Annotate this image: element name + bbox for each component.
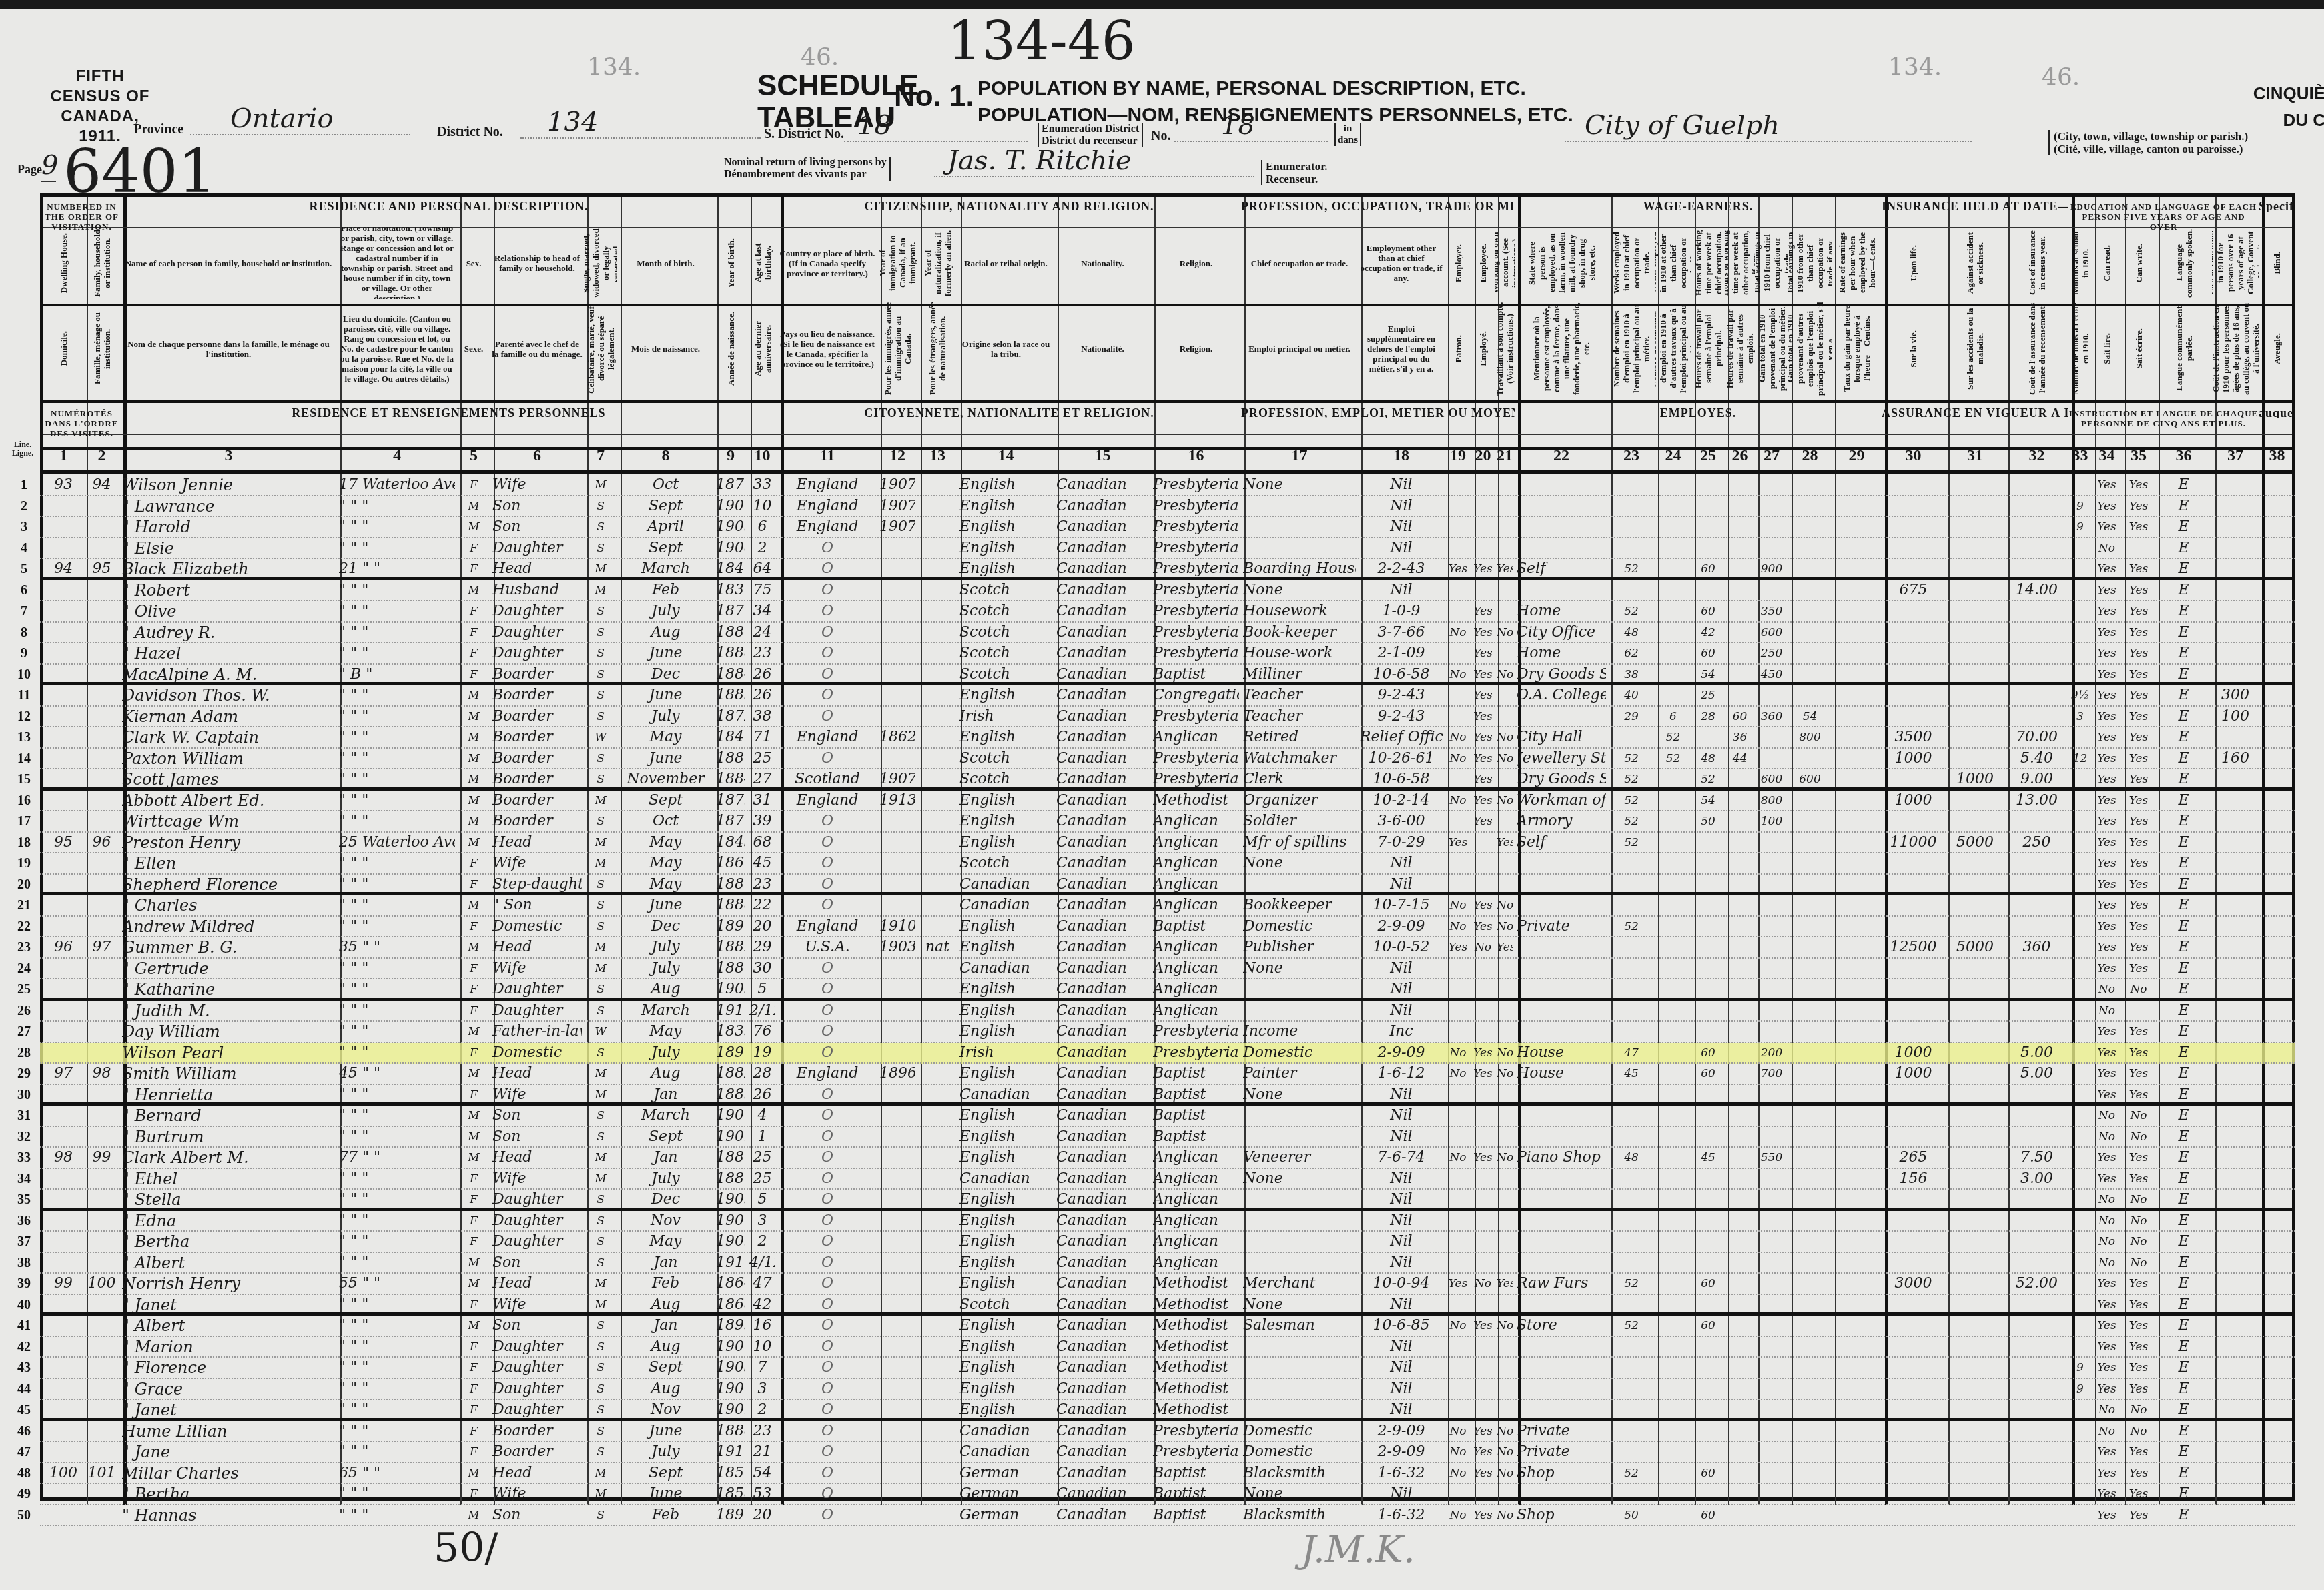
cell-name: Shepherd Florence bbox=[122, 875, 335, 893]
cell-sex: M bbox=[459, 1505, 488, 1525]
cell-earn: 450 bbox=[1757, 665, 1786, 683]
cell-month: June bbox=[619, 1421, 712, 1441]
cell-ins_life: 12500 bbox=[1884, 937, 1943, 957]
column-number-23: 23 bbox=[1608, 444, 1655, 468]
cell-occ bbox=[1243, 1253, 1356, 1273]
cell-birth: O bbox=[779, 665, 875, 683]
cell-write: Yes bbox=[2124, 853, 2153, 873]
cell-wk: 52 bbox=[1610, 811, 1653, 831]
cell-read: Yes bbox=[2094, 727, 2120, 747]
table-row[interactable]: Paxton William" " "MBoarderSJune188625OS… bbox=[40, 749, 2295, 770]
cell-read: Yes bbox=[2094, 1484, 2120, 1504]
cell-ms: S bbox=[586, 1190, 615, 1208]
table-row[interactable]: 100101Millar Charles65 " "MHeadMSept1857… bbox=[40, 1463, 2295, 1485]
cell-occ2: 7-0-29 bbox=[1360, 833, 1443, 853]
cell-rel2: Baptist bbox=[1153, 1463, 1239, 1483]
column-number-9: 9 bbox=[714, 444, 747, 468]
cell-blind bbox=[2261, 1337, 2293, 1357]
table-row[interactable]: Abbott Albert Ed." " "MBoarderMSept18793… bbox=[40, 791, 2295, 812]
cell-hr bbox=[1693, 959, 1723, 979]
column-header-30-fr: Sur la vie. bbox=[1882, 300, 1945, 397]
cell-earn bbox=[1757, 727, 1786, 747]
cell-write: No bbox=[2124, 1190, 2153, 1208]
table-row[interactable]: " Lawrance" " "MSonSSept190010England190… bbox=[40, 496, 2295, 518]
cell-school bbox=[2070, 1085, 2090, 1103]
cell-rel2: Methodist bbox=[1153, 791, 1239, 811]
cell-earn: 800 bbox=[1757, 791, 1786, 811]
table-row[interactable]: " Gertrude" " "FWifeMJuly188030OCanadian… bbox=[40, 959, 2295, 980]
cell-ins_life bbox=[1884, 623, 1943, 643]
table-row[interactable]: " Edna" " "FDaughterSNov19073OEnglishCan… bbox=[40, 1211, 2295, 1232]
cell-hr bbox=[1693, 1400, 1723, 1418]
column-header-38-en-text: Blind. bbox=[2272, 252, 2282, 274]
cell-e21: Yes bbox=[1497, 1274, 1513, 1294]
cell-dw bbox=[45, 643, 81, 663]
cell-earn2 bbox=[1790, 1169, 1830, 1189]
cell-occ: None bbox=[1243, 1295, 1356, 1313]
cell-school bbox=[2070, 1043, 2090, 1063]
cell-wk bbox=[1610, 1253, 1653, 1273]
cell-ins_acc bbox=[1947, 1064, 2003, 1084]
cell-rel2: Anglican bbox=[1153, 1211, 1239, 1231]
line-number: 4 bbox=[9, 538, 39, 558]
cell-e20 bbox=[1473, 1022, 1493, 1042]
cell-rel2: Baptist bbox=[1153, 1064, 1239, 1084]
cell-rate bbox=[1834, 1358, 1880, 1378]
column-header-21-en-text: Working on own account. (See instruction… bbox=[1495, 228, 1515, 298]
line-number: 35 bbox=[9, 1190, 39, 1210]
cell-earn2 bbox=[1790, 1421, 1830, 1441]
cell-hr2 bbox=[1727, 623, 1753, 643]
column-header-25-fr-text: Heures de travail par semaine à l'emploi… bbox=[1693, 302, 1723, 396]
cell-rate bbox=[1834, 1001, 1880, 1021]
cell-ins_acc bbox=[1947, 1337, 2003, 1357]
cell-ms: M bbox=[586, 937, 615, 957]
table-row[interactable]: " Stella" " "FDaughterSDec19055OEnglishC… bbox=[40, 1190, 2295, 1211]
cell-school bbox=[2070, 1442, 2090, 1462]
cell-occ: None bbox=[1243, 959, 1356, 979]
cell-blind bbox=[2261, 1169, 2293, 1189]
line-number: 33 bbox=[9, 1148, 39, 1168]
cell-wk2 bbox=[1657, 1484, 1689, 1504]
table-row[interactable]: " Bernard" " "MSonSMarch19074OEnglishCan… bbox=[40, 1106, 2295, 1127]
cell-ms: M bbox=[586, 1085, 615, 1103]
cell-e19: No bbox=[1447, 1148, 1469, 1168]
column-header-32-en-text: Cost of insurance in census year. bbox=[2027, 228, 2047, 298]
line-number: 36 bbox=[9, 1211, 39, 1231]
cell-read: No bbox=[2094, 1232, 2120, 1252]
cell-rel: Daughter bbox=[492, 643, 582, 663]
cell-nation: Canadian bbox=[1056, 1421, 1149, 1441]
table-row[interactable]: 99100Norrish Henry55 " "MHeadMFeb186447O… bbox=[40, 1274, 2295, 1295]
column-header-17-en-text: Chief occupation or trade. bbox=[1251, 258, 1348, 268]
cell-lang: E bbox=[2157, 749, 2210, 769]
column-number-22: 22 bbox=[1515, 444, 1608, 468]
cell-edu_cost bbox=[2214, 1484, 2257, 1504]
cell-occ2: Nil bbox=[1360, 1127, 1443, 1147]
cell-age: 1 bbox=[749, 1127, 775, 1147]
cell-wk: 52 bbox=[1610, 559, 1653, 577]
cell-wk bbox=[1610, 1085, 1653, 1103]
cell-fam: 98 bbox=[85, 1064, 118, 1084]
column-header-2-en: Family, household or institution. bbox=[83, 227, 120, 299]
cell-ins_acc bbox=[1947, 1463, 2003, 1483]
cell-school bbox=[2070, 853, 2090, 873]
cell-year: 1858 bbox=[716, 1484, 745, 1504]
cell-birth: England bbox=[779, 475, 875, 495]
cell-birth: O bbox=[779, 707, 875, 727]
cell-hr2 bbox=[1727, 769, 1753, 787]
table-row[interactable]: 9697Gummer B. G.35 " "MHeadMJuly188229U.… bbox=[40, 937, 2295, 959]
table-row[interactable]: Day William" " "MFather-in-lawWMay183576… bbox=[40, 1022, 2295, 1043]
cell-rel: Head bbox=[492, 1148, 582, 1168]
cell-school: 9 bbox=[2070, 496, 2090, 516]
cell-e19: No bbox=[1447, 727, 1469, 747]
cell-ms: S bbox=[586, 1337, 615, 1357]
table-row[interactable]: " Bertha" " "FDaughterSMay19092OEnglishC… bbox=[40, 1232, 2295, 1253]
cell-e20: Yes bbox=[1473, 811, 1493, 831]
cell-hr bbox=[1693, 833, 1723, 853]
cell-e21 bbox=[1497, 769, 1513, 787]
cell-nat bbox=[919, 1274, 955, 1294]
cell-e20 bbox=[1473, 1106, 1493, 1126]
cell-ins_cost: 9.00 bbox=[2007, 769, 2066, 787]
column-number-26: 26 bbox=[1725, 444, 1755, 468]
cell-earn2 bbox=[1790, 496, 1830, 516]
cell-origin: English bbox=[959, 937, 1052, 957]
table-row[interactable]: Hume Lillian" " "FBoarderSJune188823OCan… bbox=[40, 1421, 2295, 1443]
cell-month: Aug bbox=[619, 623, 712, 643]
cell-where bbox=[1517, 475, 1606, 495]
table-row[interactable]: " Burtrum" " "MSonSSept19091OEnglishCana… bbox=[40, 1127, 2295, 1148]
table-row[interactable]: " Judith M." " "FDaughterSMarch19112/12O… bbox=[40, 1001, 2295, 1022]
table-row[interactable]: " Hannas" " "MSonSFeb189020OGermanCanadi… bbox=[40, 1505, 2295, 1527]
enum-label-en: Enumeration District bbox=[1042, 123, 1139, 135]
cell-rel2: Presbyterian bbox=[1153, 769, 1239, 787]
cell-dw bbox=[45, 811, 81, 831]
cell-imm bbox=[879, 749, 915, 769]
column-header-12-en-text: Year of immigration to Canada, if an imm… bbox=[877, 228, 917, 298]
cell-earn2 bbox=[1790, 1295, 1830, 1313]
table-row[interactable]: " Marion" " "FDaughterSAug190010OEnglish… bbox=[40, 1337, 2295, 1358]
cell-ins_cost bbox=[2007, 811, 2066, 831]
cell-name: " Katharine bbox=[122, 979, 335, 998]
cell-earn2 bbox=[1790, 791, 1830, 811]
cell-wk2 bbox=[1657, 1064, 1689, 1084]
cell-ins_life bbox=[1884, 875, 1943, 893]
cell-ms: S bbox=[586, 895, 615, 915]
cell-hr bbox=[1693, 1379, 1723, 1399]
cell-occ: Clerk bbox=[1243, 769, 1356, 787]
cell-origin: Canadian bbox=[959, 1421, 1052, 1441]
column-header-16-fr: Religion. bbox=[1151, 300, 1241, 397]
cell-wk2 bbox=[1657, 1316, 1689, 1336]
cell-wk2 bbox=[1657, 1169, 1689, 1189]
cell-earn2 bbox=[1790, 749, 1830, 769]
cell-ins_cost bbox=[2007, 685, 2066, 705]
cell-ins_life: 675 bbox=[1884, 580, 1943, 601]
cell-ins_cost bbox=[2007, 538, 2066, 558]
cell-hr: 52 bbox=[1693, 769, 1723, 787]
cell-age: 19 bbox=[749, 1043, 775, 1063]
cell-rel2: Presbyterian bbox=[1153, 475, 1239, 495]
table-row[interactable]: 9394Wilson Jennie17 Waterloo AveFWifeMOc… bbox=[40, 475, 2295, 496]
cell-fam: 95 bbox=[85, 559, 118, 577]
table-row[interactable]: Shepherd Florence" " "FStep-daughterSMay… bbox=[40, 875, 2295, 896]
cell-ins_life: 1000 bbox=[1884, 1043, 1943, 1063]
cell-hr2 bbox=[1727, 875, 1753, 893]
cell-wk bbox=[1610, 580, 1653, 601]
cell-name: Black Elizabeth bbox=[122, 559, 335, 577]
column-header-35-fr-text: Sait écrire. bbox=[2134, 328, 2144, 368]
cell-e20 bbox=[1473, 853, 1493, 873]
cell-occ: Organizer bbox=[1243, 791, 1356, 811]
cell-e19: Yes bbox=[1447, 833, 1469, 853]
cell-sex: M bbox=[459, 496, 488, 516]
line-number: 19 bbox=[9, 853, 39, 873]
cell-sex: M bbox=[459, 811, 488, 831]
cell-nation: Canadian bbox=[1056, 917, 1149, 937]
cell-month: Sept bbox=[619, 1127, 712, 1147]
cell-fam bbox=[85, 707, 118, 727]
cell-ins_acc bbox=[1947, 1190, 2003, 1208]
table-row[interactable]: " Robert" " "MHusbandMFeb183675OScotchCa… bbox=[40, 580, 2295, 602]
cell-rel: Boarder bbox=[492, 791, 582, 811]
cell-fam bbox=[85, 749, 118, 769]
table-row[interactable]: " Olive" " "FDaughterSJuly187634OScotchC… bbox=[40, 601, 2295, 623]
cell-nation: Canadian bbox=[1056, 937, 1149, 957]
cell-occ2: 7-6-74 bbox=[1360, 1148, 1443, 1168]
cell-sex: M bbox=[459, 1127, 488, 1147]
cell-dw bbox=[45, 623, 81, 643]
cell-school bbox=[2070, 1211, 2090, 1231]
column-header-33-fr: Nombre de mois à l'école en 1910. bbox=[2068, 300, 2092, 397]
cell-hr bbox=[1693, 1106, 1723, 1126]
cell-ins_acc bbox=[1947, 1379, 2003, 1399]
cell-sex: F bbox=[459, 1421, 488, 1441]
cell-year: 1884 bbox=[716, 665, 745, 683]
cell-hr2 bbox=[1727, 1085, 1753, 1103]
cell-wk2 bbox=[1657, 959, 1689, 979]
table-row[interactable]: 9899Clark Albert M.77 " "MHeadMJan188625… bbox=[40, 1148, 2295, 1169]
cell-birth: O bbox=[779, 1295, 875, 1313]
cell-dw bbox=[45, 1316, 81, 1336]
table-row[interactable]: " Albert" " "MSonSJan189516OEnglishCanad… bbox=[40, 1316, 2295, 1337]
cell-blind bbox=[2261, 1232, 2293, 1252]
line-number: 17 bbox=[9, 811, 39, 831]
cell-month: July bbox=[619, 959, 712, 979]
column-number-28: 28 bbox=[1788, 444, 1832, 468]
table-row[interactable]: " Jane" " "FBoarderSJuly191021OCanadianC… bbox=[40, 1442, 2295, 1463]
section-infirm-fr: auquel bbox=[2259, 408, 2295, 418]
table-row-highlighted[interactable]: Wilson Pearl" " "FDomesticSJuly189119OIr… bbox=[40, 1043, 2295, 1064]
cell-rate bbox=[1834, 769, 1880, 787]
table-row[interactable]: " Bertha" " "FWifeMJune185853OGermanCana… bbox=[40, 1484, 2295, 1505]
table-row[interactable]: 9596Preston Henry25 Waterloo AveMHeadMMa… bbox=[40, 833, 2295, 854]
cell-read: Yes bbox=[2094, 685, 2120, 705]
cell-hr2: 60 bbox=[1727, 707, 1753, 727]
table-row[interactable]: " Audrey R." " "FDaughterSAug188624OScot… bbox=[40, 623, 2295, 644]
cell-month: Oct bbox=[619, 475, 712, 495]
section-insurance-fr: ASSURANCE EN VIGUEUR À DATE— bbox=[1882, 408, 2068, 418]
cell-addr: " " " bbox=[339, 643, 455, 663]
cell-rel2: Methodist bbox=[1153, 1316, 1239, 1336]
cell-earn2 bbox=[1790, 895, 1830, 915]
cell-nat bbox=[919, 1253, 955, 1273]
table-row[interactable]: " Janet" " "FDaughterSNov19092OEnglishCa… bbox=[40, 1400, 2295, 1421]
cell-read: Yes bbox=[2094, 1505, 2120, 1525]
cell-earn2 bbox=[1790, 665, 1830, 683]
cell-write: Yes bbox=[2124, 1442, 2153, 1462]
cell-birth: O bbox=[779, 1190, 875, 1208]
cell-origin: English bbox=[959, 979, 1052, 998]
column-header-6-en: Relationship to head of family or househ… bbox=[490, 227, 584, 299]
cell-nat bbox=[919, 1316, 955, 1336]
cell-imm: 1910 bbox=[879, 917, 915, 937]
table-row[interactable]: Davidson Thos. W." " "MBoarderSJune18852… bbox=[40, 685, 2295, 707]
line-number: 30 bbox=[9, 1085, 39, 1105]
cell-year: 1910 bbox=[716, 1442, 745, 1462]
cell-occ2: Relief Officer bbox=[1360, 727, 1443, 747]
table-row[interactable]: " Charles" " "M" SonSJune188822OCanadian… bbox=[40, 895, 2295, 917]
table-row[interactable]: " Henrietta" " "FWifeMJan188526OCanadian… bbox=[40, 1085, 2295, 1106]
cell-nat bbox=[919, 685, 955, 705]
cell-edu_cost bbox=[2214, 475, 2257, 495]
cell-ins_life: 1000 bbox=[1884, 1064, 1943, 1084]
table-row[interactable]: " Albert" " "MSonSJan19114/12OEnglishCan… bbox=[40, 1253, 2295, 1274]
table-row[interactable]: " Katharine" " "FDaughterSAug19055OEngli… bbox=[40, 979, 2295, 1001]
cell-earn2 bbox=[1790, 601, 1830, 621]
cell-nat bbox=[919, 707, 955, 727]
place-hint-fr: (Cité, ville, village, canton ou paroiss… bbox=[2054, 143, 2248, 155]
cell-ins_life bbox=[1884, 1106, 1943, 1126]
line-number: 47 bbox=[9, 1442, 39, 1462]
cell-nation: Canadian bbox=[1056, 1379, 1149, 1399]
table-row[interactable]: Clark W. Captain" " "MBoarderWMay184071E… bbox=[40, 727, 2295, 749]
cell-e19 bbox=[1447, 580, 1469, 601]
cell-where bbox=[1517, 1484, 1606, 1504]
cell-school bbox=[2070, 538, 2090, 558]
cell-ms: S bbox=[586, 1442, 615, 1462]
cell-earn bbox=[1757, 937, 1786, 957]
cell-rel2: Presbyterian bbox=[1153, 601, 1239, 621]
cell-e20 bbox=[1473, 496, 1493, 516]
table-row[interactable]: " Janet" " "FWifeMAug186842OScotchCanadi… bbox=[40, 1295, 2295, 1316]
cell-rel: Boarder bbox=[492, 707, 582, 727]
cell-rel: Son bbox=[492, 517, 582, 537]
cell-school bbox=[2070, 1148, 2090, 1168]
cell-ins_cost bbox=[2007, 1463, 2066, 1483]
cell-dw bbox=[45, 1169, 81, 1189]
cell-nat bbox=[919, 601, 955, 621]
cell-age: 21 bbox=[749, 1442, 775, 1462]
table-row[interactable]: " Grace" " "FDaughterSAug19073OEnglishCa… bbox=[40, 1379, 2295, 1401]
line-number: 37 bbox=[9, 1232, 39, 1252]
table-row[interactable]: " Hazel" " "FDaughterSJune188823OScotchC… bbox=[40, 643, 2295, 665]
cell-edu_cost bbox=[2214, 1295, 2257, 1313]
cell-rel2: Presbyterian bbox=[1153, 1022, 1239, 1042]
cell-sex: F bbox=[459, 853, 488, 873]
cell-dw bbox=[45, 1211, 81, 1231]
cell-read: Yes bbox=[2094, 769, 2120, 787]
table-row[interactable]: " Harold" " "MSonSApril19056England1907E… bbox=[40, 517, 2295, 538]
table-row[interactable]: " Florence" " "FDaughterSSept19037OEngli… bbox=[40, 1358, 2295, 1379]
cell-school bbox=[2070, 1169, 2090, 1189]
table-row[interactable]: Scott James" " "MBoarderSNovember188427S… bbox=[40, 769, 2295, 791]
table-row[interactable]: Andrew Mildred" " "FDomesticSDec189020En… bbox=[40, 917, 2295, 938]
cell-dw bbox=[45, 707, 81, 727]
table-row[interactable]: 9798Smith William45 " "MHeadMAug188228En… bbox=[40, 1064, 2295, 1085]
table-row[interactable]: MacAlpine A. M." B "FBoarderSDec188426OS… bbox=[40, 665, 2295, 686]
cell-blind bbox=[2261, 749, 2293, 769]
table-row[interactable]: " Ellen" " "FWifeMMay186645OScotchCanadi… bbox=[40, 853, 2295, 875]
column-header-31-fr: Sur les accidents ou la maladie. bbox=[1945, 300, 2005, 397]
cell-ins_acc bbox=[1947, 643, 2003, 663]
cell-sex: F bbox=[459, 1484, 488, 1504]
cell-fam bbox=[85, 791, 118, 811]
table-row[interactable]: Wirttcage Wm" " "MBoarderSOct187139OEngl… bbox=[40, 811, 2295, 833]
cell-lang: E bbox=[2157, 496, 2210, 516]
table-row[interactable]: Kiernan Adam" " "MBoarderSJuly187238OIri… bbox=[40, 707, 2295, 728]
cell-dw: 95 bbox=[45, 833, 81, 853]
cell-occ2: 2-2-43 bbox=[1360, 559, 1443, 577]
cell-edu_cost: 100 bbox=[2214, 707, 2257, 727]
table-row[interactable]: " Elsie" " "FDaughterSSept19082OEnglishC… bbox=[40, 538, 2295, 560]
cell-occ2: Nil bbox=[1360, 1379, 1443, 1399]
cell-year: 1885 bbox=[716, 1085, 745, 1103]
cell-lang: E bbox=[2157, 538, 2210, 558]
cell-rel2: Baptist bbox=[1153, 1484, 1239, 1504]
cell-fam bbox=[85, 601, 118, 621]
cell-e21: No bbox=[1497, 727, 1513, 747]
cell-school: 9 bbox=[2070, 1379, 2090, 1399]
column-number-27: 27 bbox=[1755, 444, 1788, 468]
table-row[interactable]: " Ethel" " "FWifeMJuly188625OCanadianCan… bbox=[40, 1169, 2295, 1190]
table-row[interactable]: 9495Black Elizabeth21 " "FHeadMMarch1847… bbox=[40, 559, 2295, 580]
column-header-13-fr: Pour les étrangers, année de naturalisat… bbox=[917, 300, 957, 397]
cell-wk: 40 bbox=[1610, 685, 1653, 705]
cell-name: Clark W. Captain bbox=[122, 727, 335, 747]
cell-dw: 97 bbox=[45, 1064, 81, 1084]
cell-wk2 bbox=[1657, 1211, 1689, 1231]
cell-origin: English bbox=[959, 791, 1052, 811]
cell-imm bbox=[879, 1253, 915, 1273]
cell-birth: O bbox=[779, 959, 875, 979]
cell-where: Workman of the World bbox=[1517, 791, 1606, 811]
cell-ins_life bbox=[1884, 917, 1943, 937]
cell-age: 26 bbox=[749, 1085, 775, 1103]
cell-ms: S bbox=[586, 1211, 615, 1231]
cell-write: Yes bbox=[2124, 517, 2153, 537]
scan-edge bbox=[0, 0, 2324, 9]
cell-earn bbox=[1757, 1442, 1786, 1462]
cell-rel: Head bbox=[492, 1064, 582, 1084]
cell-ms: S bbox=[586, 517, 615, 537]
line-number: 1 bbox=[9, 475, 39, 495]
cell-imm: 1903 bbox=[879, 937, 915, 957]
line-number: 2 bbox=[9, 496, 39, 516]
cell-hr2 bbox=[1727, 538, 1753, 558]
cell-where bbox=[1517, 496, 1606, 516]
column-number-32: 32 bbox=[2005, 444, 2068, 468]
cell-wk2 bbox=[1657, 1379, 1689, 1399]
cell-ins_acc bbox=[1947, 875, 2003, 893]
cell-nation: Canadian bbox=[1056, 623, 1149, 643]
cell-name: Wilson Jennie bbox=[122, 475, 335, 495]
cell-month: Aug bbox=[619, 1337, 712, 1357]
cell-occ bbox=[1243, 538, 1356, 558]
cell-fam bbox=[85, 727, 118, 747]
